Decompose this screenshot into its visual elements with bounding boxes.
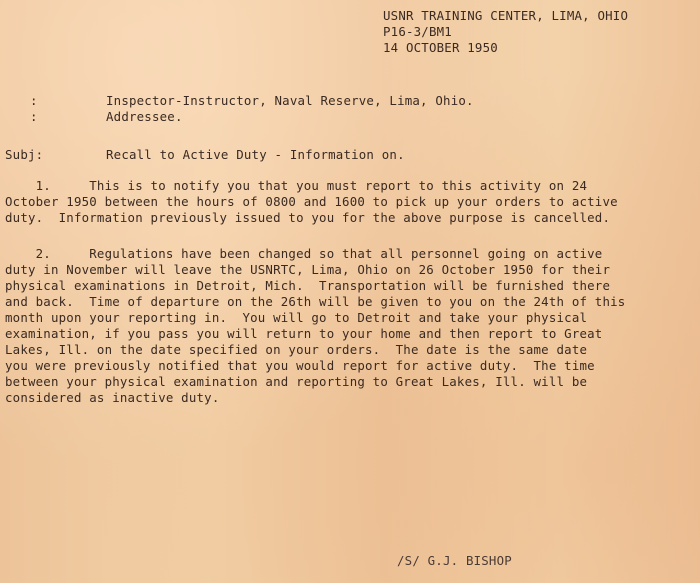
paragraph-line: examination, if you pass you will return… bbox=[5, 326, 602, 342]
subject-value: Recall to Active Duty - Information on. bbox=[106, 147, 405, 163]
from-label: : bbox=[30, 93, 38, 109]
signature: /S/ G.J. BISHOP bbox=[397, 553, 512, 569]
paragraph-line: duty. Information previously issued to y… bbox=[5, 210, 610, 226]
letterhead-org: USNR TRAINING CENTER, LIMA, OHIO bbox=[383, 8, 628, 24]
typewritten-letter: USNR TRAINING CENTER, LIMA, OHIO P16-3/B… bbox=[0, 0, 700, 583]
paragraph-line: and back. Time of departure on the 26th … bbox=[5, 294, 625, 310]
to-label: : bbox=[30, 109, 38, 125]
paragraph-line: 1. This is to notify you that you must r… bbox=[5, 178, 587, 194]
letter-date: 14 OCTOBER 1950 bbox=[383, 40, 498, 56]
to-value: Addressee. bbox=[106, 109, 183, 125]
paragraph-line: October 1950 between the hours of 0800 a… bbox=[5, 194, 618, 210]
paragraph-line: 2. Regulations have been changed so that… bbox=[5, 246, 602, 262]
paragraph-line: between your physical examination and re… bbox=[5, 374, 587, 390]
paragraph-line: physical examinations in Detroit, Mich. … bbox=[5, 278, 610, 294]
reference-code: P16-3/BM1 bbox=[383, 24, 452, 40]
from-value: Inspector-Instructor, Naval Reserve, Lim… bbox=[106, 93, 474, 109]
paragraph-line: considered as inactive duty. bbox=[5, 390, 219, 406]
paragraph-line: Lakes, Ill. on the date specified on you… bbox=[5, 342, 587, 358]
paragraph-line: duty in November will leave the USNRTC, … bbox=[5, 262, 610, 278]
subject-label: Subj: bbox=[5, 147, 43, 163]
paragraph-line: you were previously notified that you wo… bbox=[5, 358, 595, 374]
paragraph-line: month upon your reporting in. You will g… bbox=[5, 310, 587, 326]
